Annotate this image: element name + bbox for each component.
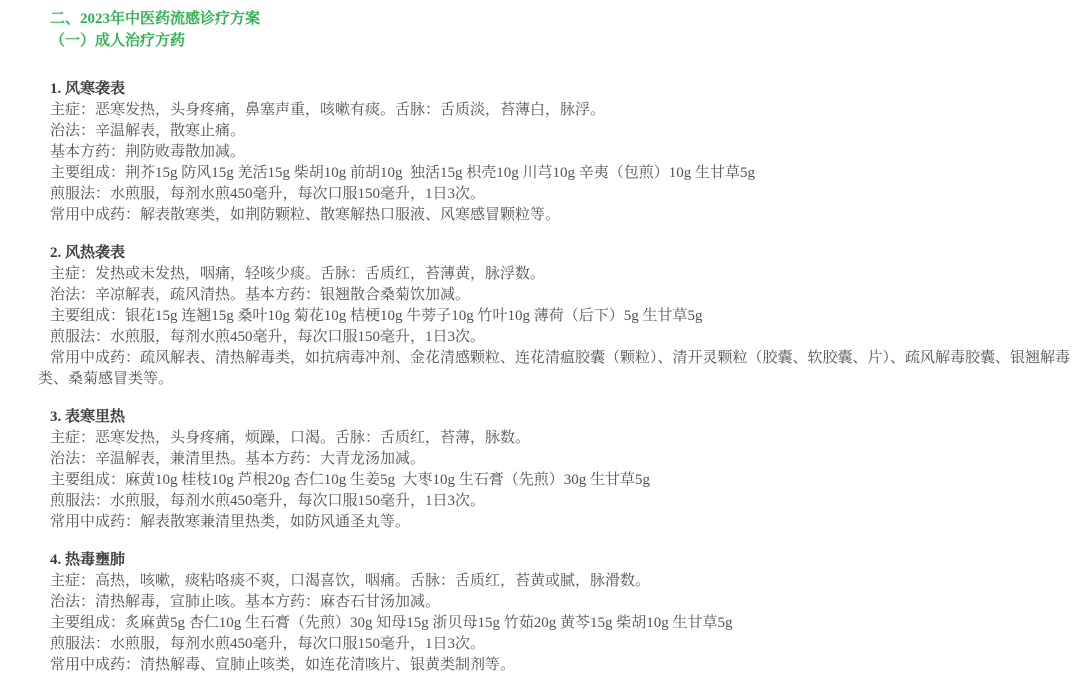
- patent-medicine-line: 常用中成药：解表散寒兼清里热类，如防风通圣丸等。: [38, 512, 1072, 533]
- section-heat-toxin-lung: 4. 热毒壅肺 主症：高热，咳嗽，痰粘咯痰不爽，口渴喜饮，咽痛。舌脉：舌质红，苔…: [38, 550, 1072, 674]
- symptoms-line: 主症：高热，咳嗽，痰粘咯痰不爽，口渴喜饮，咽痛。舌脉：舌质红，苔黄或腻，脉滑数。: [38, 571, 1072, 592]
- section-title: 2. 风热袭表: [38, 243, 1072, 264]
- decoction-line: 煎服法：水煎服，每剂水煎450毫升，每次口服150毫升，1日3次。: [38, 327, 1072, 348]
- composition-line: 主要组成：荆芥15g 防风15g 羌活15g 柴胡10g 前胡10g 独活15g…: [38, 163, 1072, 184]
- symptoms-line: 主症：恶寒发热，头身疼痛，鼻塞声重，咳嗽有痰。舌脉：舌质淡，苔薄白，脉浮。: [38, 100, 1072, 121]
- composition-line: 主要组成：银花15g 连翘15g 桑叶10g 菊花10g 桔梗10g 牛蒡子10…: [38, 306, 1072, 327]
- document-page: 二、2023年中医药流感诊疗方案 （一）成人治疗方药 1. 风寒袭表 主症：恶寒…: [0, 0, 1080, 674]
- patent-medicine-line: 常用中成药：疏风解表、清热解毒类，如抗病毒冲剂、金花清感颗粒、连花清瘟胶囊（颗粒…: [38, 348, 1072, 390]
- section-title: 3. 表寒里热: [38, 407, 1072, 428]
- section-title: 4. 热毒壅肺: [38, 550, 1072, 571]
- patent-medicine-line: 常用中成药：解表散寒类，如荆防颗粒、散寒解热口服液、风寒感冒颗粒等。: [38, 205, 1072, 226]
- document-title: 二、2023年中医药流感诊疗方案: [38, 8, 1072, 30]
- treatment-line: 治法：辛温解表，散寒止痛。: [38, 121, 1072, 142]
- section-wind-heat: 2. 风热袭表 主症：发热或未发热，咽痛，轻咳少痰。舌脉：舌质红，苔薄黄，脉浮数…: [38, 243, 1072, 390]
- decoction-line: 煎服法：水煎服，每剂水煎450毫升，每次口服150毫升，1日3次。: [38, 634, 1072, 655]
- decoction-line: 煎服法：水煎服，每剂水煎450毫升，每次口服150毫升，1日3次。: [38, 491, 1072, 512]
- composition-line: 主要组成：炙麻黄5g 杏仁10g 生石膏（先煎）30g 知母15g 浙贝母15g…: [38, 613, 1072, 634]
- patent-medicine-line: 常用中成药：清热解毒、宣肺止咳类，如连花清咳片、银黄类制剂等。: [38, 655, 1072, 674]
- symptoms-line: 主症：恶寒发热，头身疼痛，烦躁，口渴。舌脉：舌质红，苔薄，脉数。: [38, 428, 1072, 449]
- treatment-line: 治法：辛凉解表，疏风清热。基本方药：银翘散合桑菊饮加减。: [38, 285, 1072, 306]
- section-wind-cold: 1. 风寒袭表 主症：恶寒发热，头身疼痛，鼻塞声重，咳嗽有痰。舌脉：舌质淡，苔薄…: [38, 79, 1072, 226]
- symptoms-line: 主症：发热或未发热，咽痛，轻咳少痰。舌脉：舌质红，苔薄黄，脉浮数。: [38, 264, 1072, 285]
- base-formula-line: 基本方药：荆防败毒散加减。: [38, 142, 1072, 163]
- section-exterior-cold-interior-heat: 3. 表寒里热 主症：恶寒发热，头身疼痛，烦躁，口渴。舌脉：舌质红，苔薄，脉数。…: [38, 407, 1072, 533]
- section-title: 1. 风寒袭表: [38, 79, 1072, 100]
- treatment-line: 治法：清热解毒，宣肺止咳。基本方药：麻杏石甘汤加减。: [38, 592, 1072, 613]
- decoction-line: 煎服法：水煎服，每剂水煎450毫升，每次口服150毫升，1日3次。: [38, 184, 1072, 205]
- treatment-line: 治法：辛温解表，兼清里热。基本方药：大青龙汤加减。: [38, 449, 1072, 470]
- composition-line: 主要组成：麻黄10g 桂枝10g 芦根20g 杏仁10g 生姜5g 大枣10g …: [38, 470, 1072, 491]
- document-subtitle: （一）成人治疗方药: [38, 30, 1072, 52]
